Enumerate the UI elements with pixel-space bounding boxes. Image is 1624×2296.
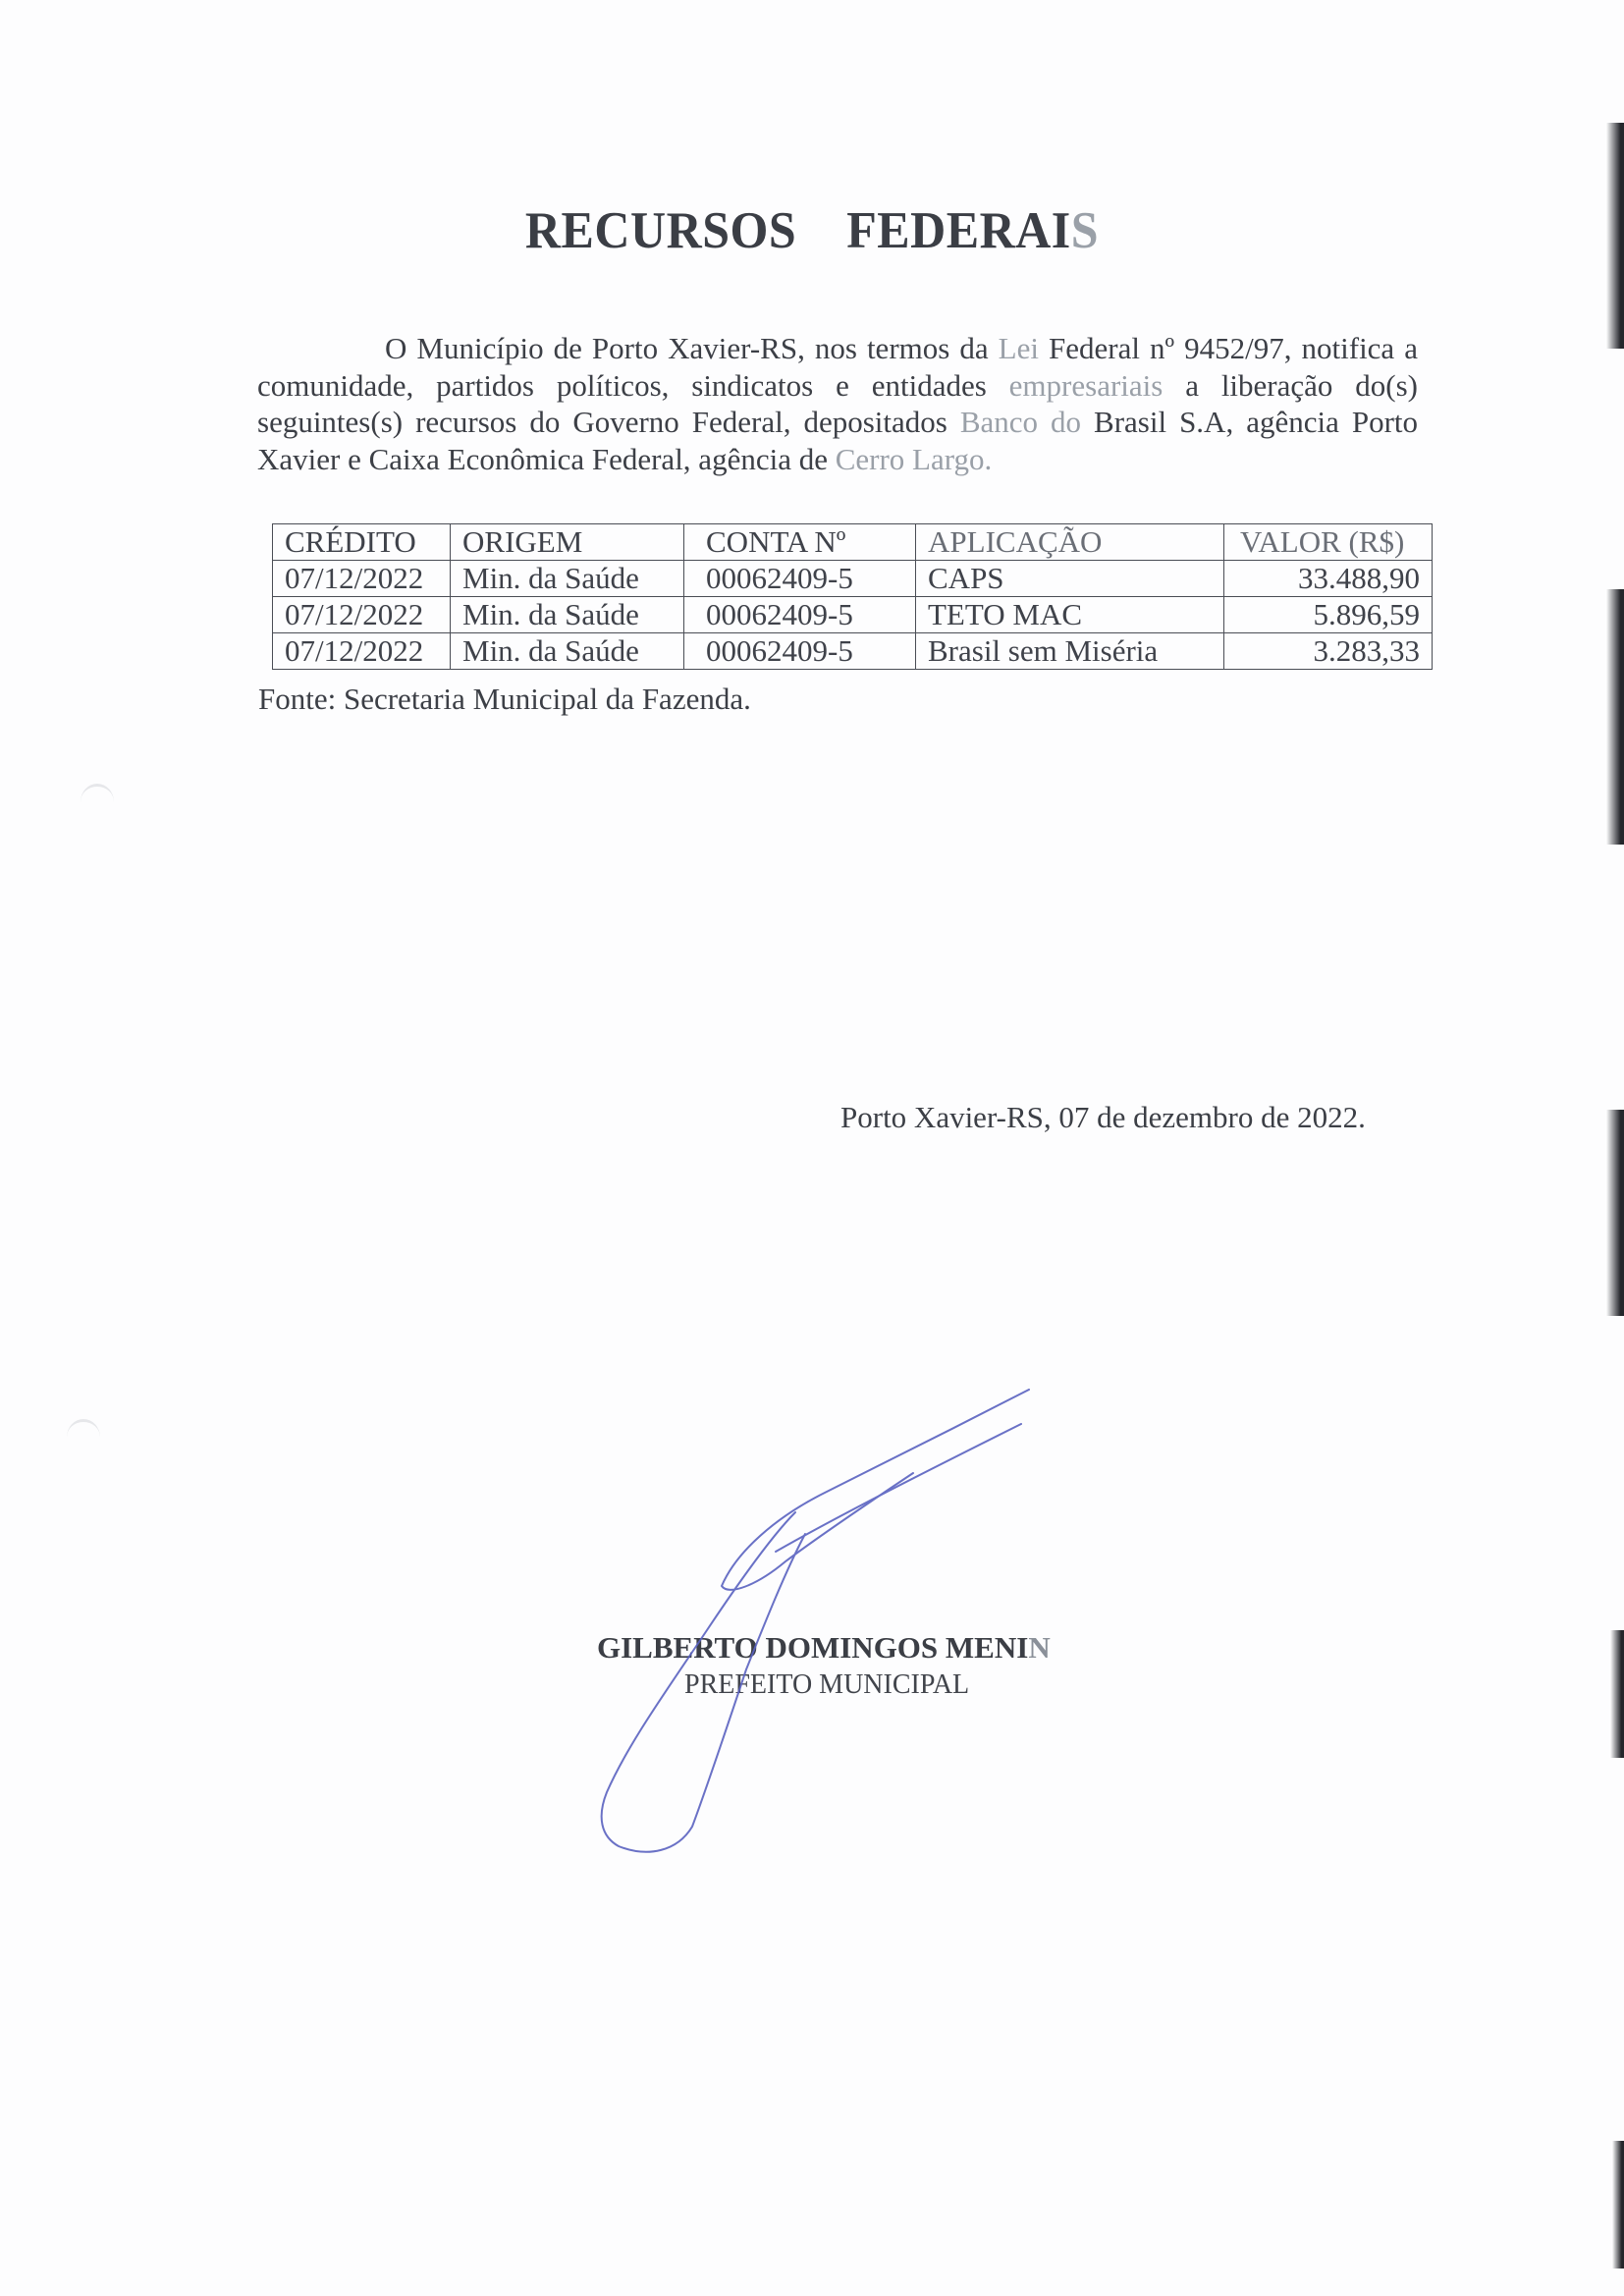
scan-edge-shadow [1606, 589, 1624, 845]
cell-credito: 07/12/2022 [273, 561, 451, 597]
table-header-row: CRÉDITO ORIGEM CONTA Nº APLICAÇÃO VALOR … [273, 524, 1433, 561]
resources-table: CRÉDITO ORIGEM CONTA Nº APLICAÇÃO VALOR … [272, 523, 1433, 670]
cell-valor: 5.896,59 [1224, 597, 1433, 633]
cell-origem: Min. da Saúde [451, 633, 684, 670]
scan-edge-shadow [1610, 1630, 1624, 1758]
cell-origem: Min. da Saúde [451, 597, 684, 633]
title-word-2: FEDERAIS [846, 201, 1099, 259]
dateline: Porto Xavier-RS, 07 de dezembro de 2022. [840, 1100, 1366, 1135]
header-valor: VALOR (R$) [1224, 524, 1433, 561]
cell-conta: 00062409-5 [684, 633, 916, 670]
cell-aplicacao: TETO MAC [916, 597, 1224, 633]
cell-aplicacao: CAPS [916, 561, 1224, 597]
header-origem: ORIGEM [451, 524, 684, 561]
table-row: 07/12/2022 Min. da Saúde 00062409-5 TETO… [273, 597, 1433, 633]
table-row: 07/12/2022 Min. da Saúde 00062409-5 Bras… [273, 633, 1433, 670]
title-word-1: RECURSOS [525, 201, 796, 259]
scan-edge-shadow [1606, 1110, 1624, 1316]
cell-credito: 07/12/2022 [273, 597, 451, 633]
table-row: 07/12/2022 Min. da Saúde 00062409-5 CAPS… [273, 561, 1433, 597]
header-conta: CONTA Nº [684, 524, 916, 561]
header-aplicacao: APLICAÇÃO [916, 524, 1224, 561]
cell-aplicacao: Brasil sem Miséria [916, 633, 1224, 670]
signatory-name: GILBERTO DOMINGOS MENIN [597, 1630, 1051, 1666]
hole-punch-mark [81, 784, 114, 820]
cell-conta: 00062409-5 [684, 597, 916, 633]
cell-conta: 00062409-5 [684, 561, 916, 597]
scan-edge-shadow [1612, 2141, 1624, 2269]
header-credito: CRÉDITO [273, 524, 451, 561]
document-title: RECURSOS FEDERAIS [0, 200, 1624, 260]
source-note: Fonte: Secretaria Municipal da Fazenda. [258, 682, 751, 717]
cell-valor: 33.488,90 [1224, 561, 1433, 597]
hole-punch-mark [67, 1419, 100, 1455]
cell-origem: Min. da Saúde [451, 561, 684, 597]
cell-valor: 3.283,33 [1224, 633, 1433, 670]
signatory-role: PREFEITO MUNICIPAL [684, 1669, 969, 1701]
notice-paragraph: O Município de Porto Xavier-RS, nos term… [257, 330, 1418, 477]
cell-credito: 07/12/2022 [273, 633, 451, 670]
